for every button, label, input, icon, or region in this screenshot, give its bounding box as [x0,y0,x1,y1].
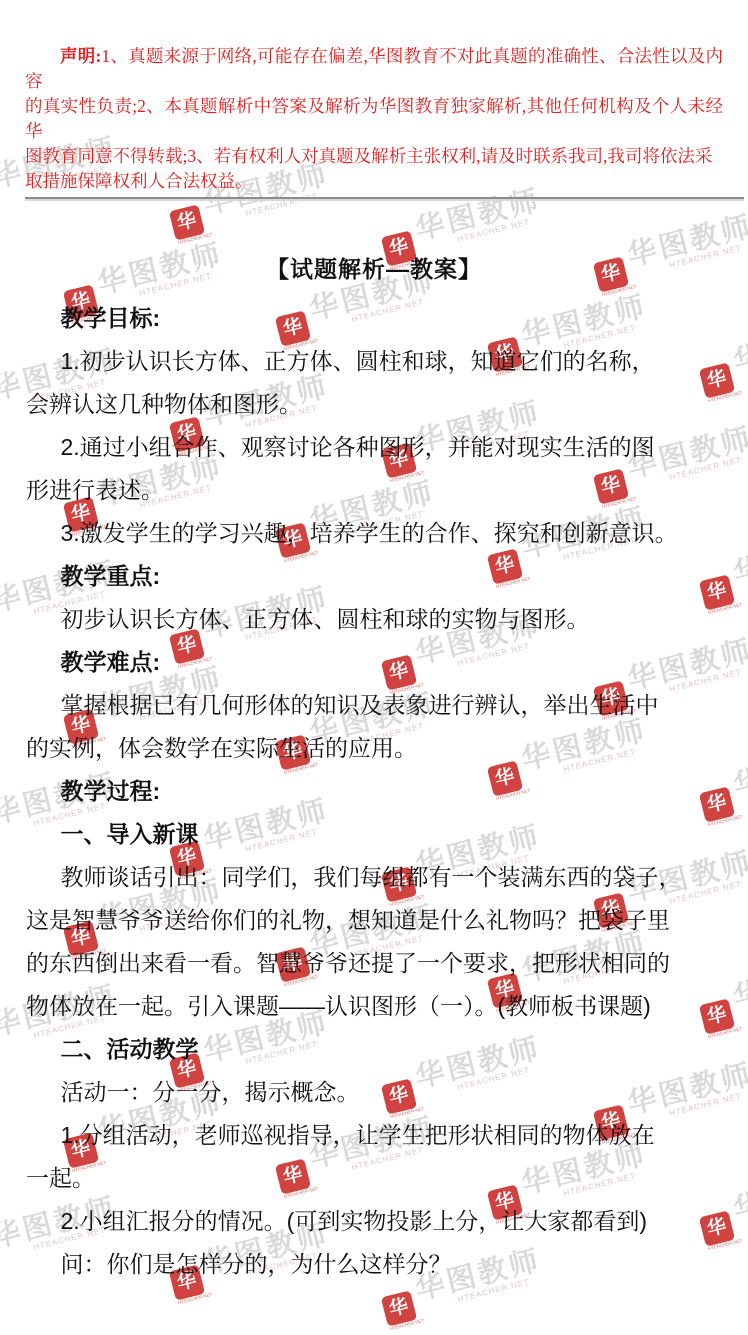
paragraph: 掌握根据已有几何形体的知识及表象进行辨认，举出生活中 的实例，体会数学在实际生活… [26,684,722,770]
horizontal-rule [25,197,744,199]
section-heading: 二、活动教学 [26,1028,722,1071]
disclaimer-text: 1、真题来源于网络,可能存在偏差,华图教育不对此真题的准确性、合法性以及内容 的… [25,46,723,191]
paragraph: 活动一：分一分，揭示概念。 [26,1071,722,1114]
section-heading: 教学重点: [26,555,722,598]
paragraph: 教师谈话引出：同学们，我们每组都有一个装满东西的袋子， 这是智慧爷爷送给你们的礼… [26,856,722,1028]
document-page: 华HTEACHER.NET华图教师HTEACHER.NET华HTEACHER.N… [0,0,748,1335]
paragraph: 2.小组汇报分的情况。(可到实物投影上分，让大家都看到) [26,1200,722,1243]
section-heading: 教学难点: [26,641,722,684]
section-heading: 一、导入新课 [26,813,722,856]
paragraph: 3.激发学生的学习兴趣，培养学生的合作、探究和创新意识。 [26,512,722,555]
disclaimer-label: 声明: [60,46,101,66]
section-heading: 教学过程: [26,770,722,813]
page-title: 【试题解析—教案】 [26,251,722,287]
paragraph: 问：你们是怎样分的，为什么这样分？ [26,1243,722,1286]
section-heading: 教学目标: [26,297,722,340]
paragraph: 初步认识长方体、正方体、圆柱和球的实物与图形。 [26,598,722,641]
huatu-logo-badge: 华HTEACHER.NET [378,1290,422,1335]
body-paragraphs: 教学目标:1.初步认识长方体、正方体、圆柱和球，知道它们的名称， 会辨认这几种物… [26,297,722,1286]
paragraph: 1.初步认识长方体、正方体、圆柱和球，知道它们的名称， 会辨认这几种物体和图形。 [26,340,722,426]
document-content: 声明:1、真题来源于网络,可能存在偏差,华图教育不对此真题的准确性、合法性以及内… [0,0,748,1286]
disclaimer: 声明:1、真题来源于网络,可能存在偏差,华图教育不对此真题的准确性、合法性以及内… [25,0,723,194]
paragraph: 2.通过小组合作、观察讨论各种图形，并能对现实生活的图 形进行表述。 [26,426,722,512]
paragraph: 1.分组活动，老师巡视指导，让学生把形状相同的物体放在 一起。 [26,1114,722,1200]
